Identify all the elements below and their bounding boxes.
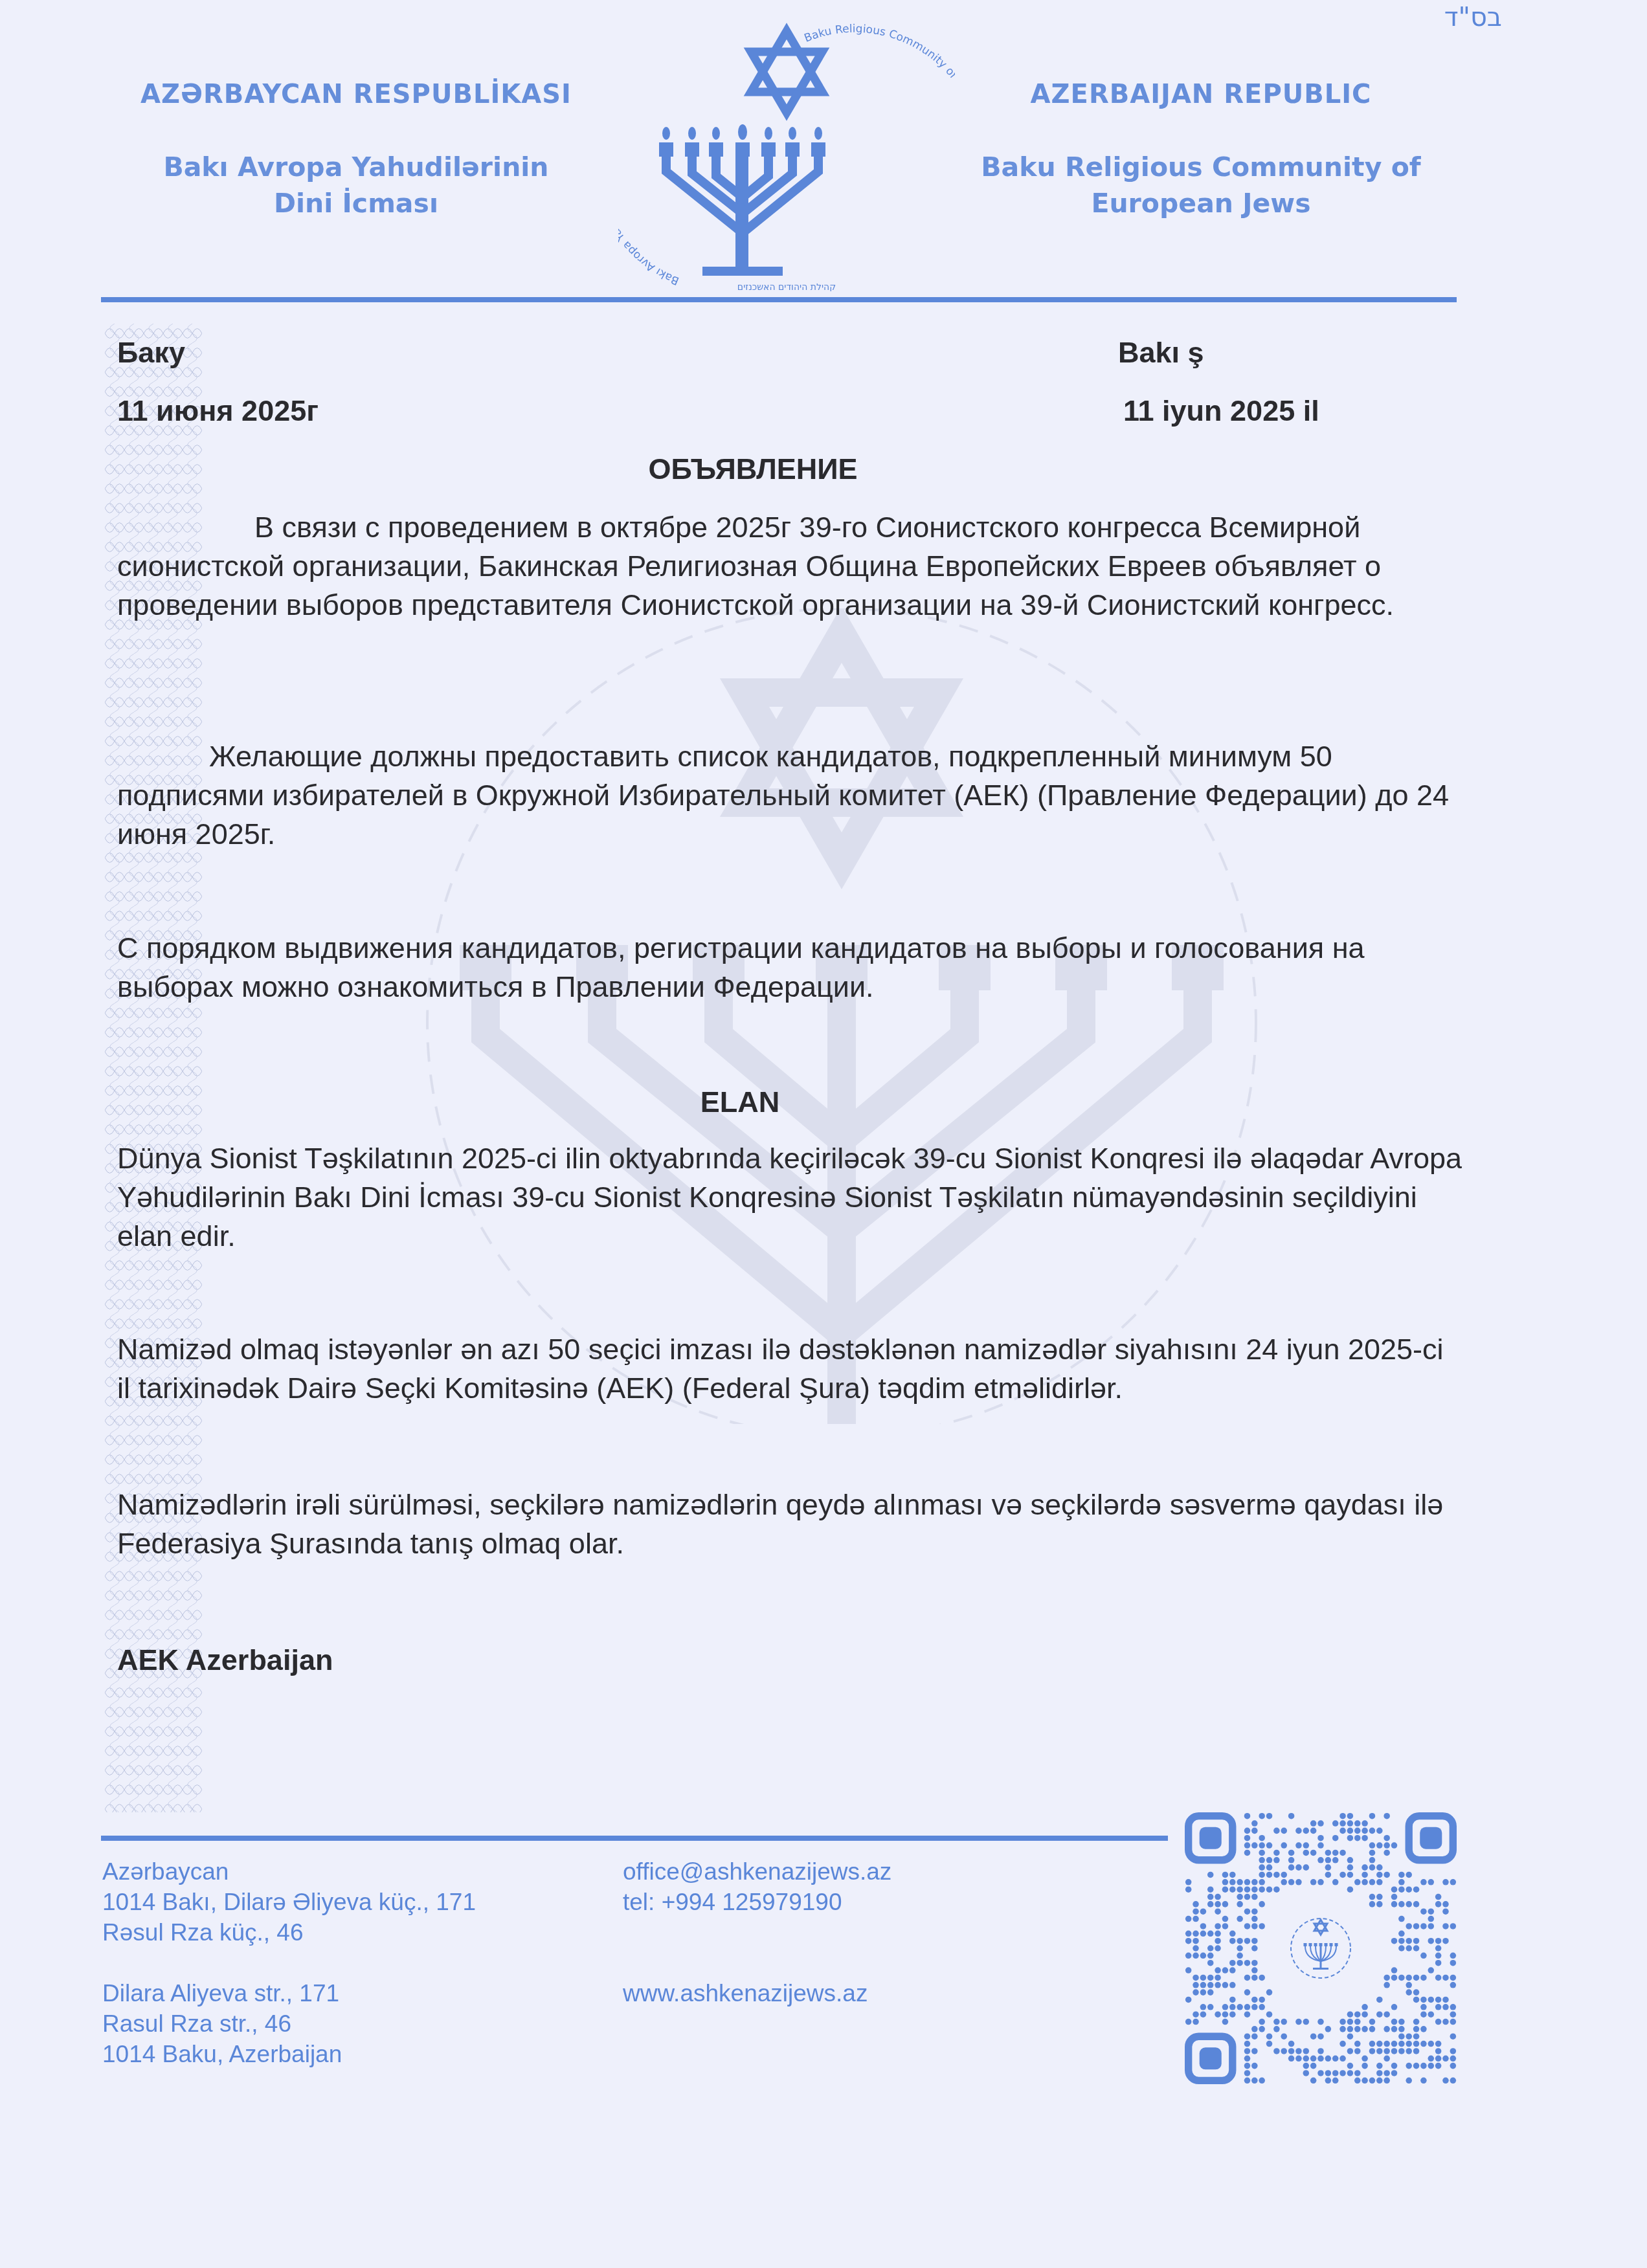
- footer-website-link[interactable]: www.ashkenazijews.az: [623, 1978, 868, 2008]
- org-name-az: Bakı Avropa Yahudilərinin Dini İcması: [129, 149, 583, 221]
- address-az-line: Rəsul Rza küç., 46: [102, 1917, 476, 1948]
- address-az-line: Azərbaycan: [102, 1856, 476, 1887]
- address-en-line: Dilara Aliyeva str., 171: [102, 1978, 342, 2008]
- org-name-az-line2: Dini İcması: [129, 185, 583, 221]
- qr-code-icon: [1185, 1812, 1457, 2084]
- footer-address-az: Azərbaycan 1014 Bakı, Dilarə Əliyeva küç…: [102, 1856, 476, 1948]
- paragraph-az-2: Namizəd olmaq istəyənlər ən azı 50 seçic…: [117, 1330, 1464, 1408]
- address-az-line: 1014 Bakı, Dilarə Əliyeva küç., 171: [102, 1887, 476, 1917]
- city-az: Bakı ş: [1118, 333, 1204, 372]
- date-az: 11 iyun 2025 il: [1123, 392, 1319, 430]
- paragraph-ru-2: Желающие должны предоставить список канд…: [117, 737, 1464, 854]
- star-of-david-menorah-logo-icon: Bakı Avropa Yahudilərinin Dini İcması Ba…: [618, 19, 955, 291]
- date-ru: 11 июня 2025г: [117, 392, 319, 430]
- address-en-line: Rasul Rza str., 46: [102, 2008, 342, 2039]
- footer-divider: [101, 1836, 1168, 1841]
- org-name-en-line1: Baku Religious Community of: [978, 149, 1424, 185]
- org-name-en-line2: European Jews: [978, 185, 1424, 221]
- org-name-az-line1: Bakı Avropa Yahudilərinin: [129, 149, 583, 185]
- paragraph-ru-3: С порядком выдвижения кандидатов, регист…: [117, 929, 1464, 1006]
- header-divider: [101, 297, 1457, 302]
- paragraph-az-3: Namizədlərin irəli sürülməsi, seçkilərə …: [117, 1485, 1464, 1563]
- announcement-title-ru: ОБЪЯВЛЕНИЕ: [0, 450, 1506, 489]
- svg-text:קהילת היהודים האשכנזים: קהילת היהודים האשכנזים: [737, 282, 836, 291]
- paragraph-ru-1: В связи с проведением в октябре 2025г 39…: [117, 508, 1464, 625]
- header-left-azerbaijani: AZƏRBAYCAN RESPUBLİKASI Bakı Avropa Yahu…: [129, 76, 583, 221]
- announcement-title-az: ELAN: [0, 1083, 1480, 1122]
- hebrew-bsd-mark: בס"ד: [1444, 3, 1502, 32]
- footer-address-en: Dilara Aliyeva str., 171 Rasul Rza str.,…: [102, 1978, 342, 2069]
- footer-phone: tel: +994 125979190: [623, 1887, 891, 1917]
- country-name-az: AZƏRBAYCAN RESPUBLİKASI: [129, 76, 583, 113]
- header-right-english: AZERBAIJAN REPUBLIC Baku Religious Commu…: [978, 76, 1424, 221]
- country-name-en: AZERBAIJAN REPUBLIC: [978, 76, 1424, 113]
- address-en-line: 1014 Baku, Azerbaijan: [102, 2039, 342, 2069]
- logo-watermark: [388, 608, 1295, 1424]
- signature: AEK Azerbaijan: [117, 1641, 333, 1680]
- org-name-en: Baku Religious Community of European Jew…: [978, 149, 1424, 221]
- paragraph-az-1: Dünya Sionist Təşkilatının 2025-ci ilin …: [117, 1139, 1464, 1256]
- city-ru: Баку: [117, 333, 185, 372]
- footer-email-link[interactable]: office@ashkenazijews.az: [623, 1856, 891, 1887]
- svg-text:Bakı Avropa Yahudilərinin Dini: Bakı Avropa Yahudilərinin Dini İcması: [618, 107, 681, 287]
- footer-contact: office@ashkenazijews.az tel: +994 125979…: [623, 1856, 891, 1917]
